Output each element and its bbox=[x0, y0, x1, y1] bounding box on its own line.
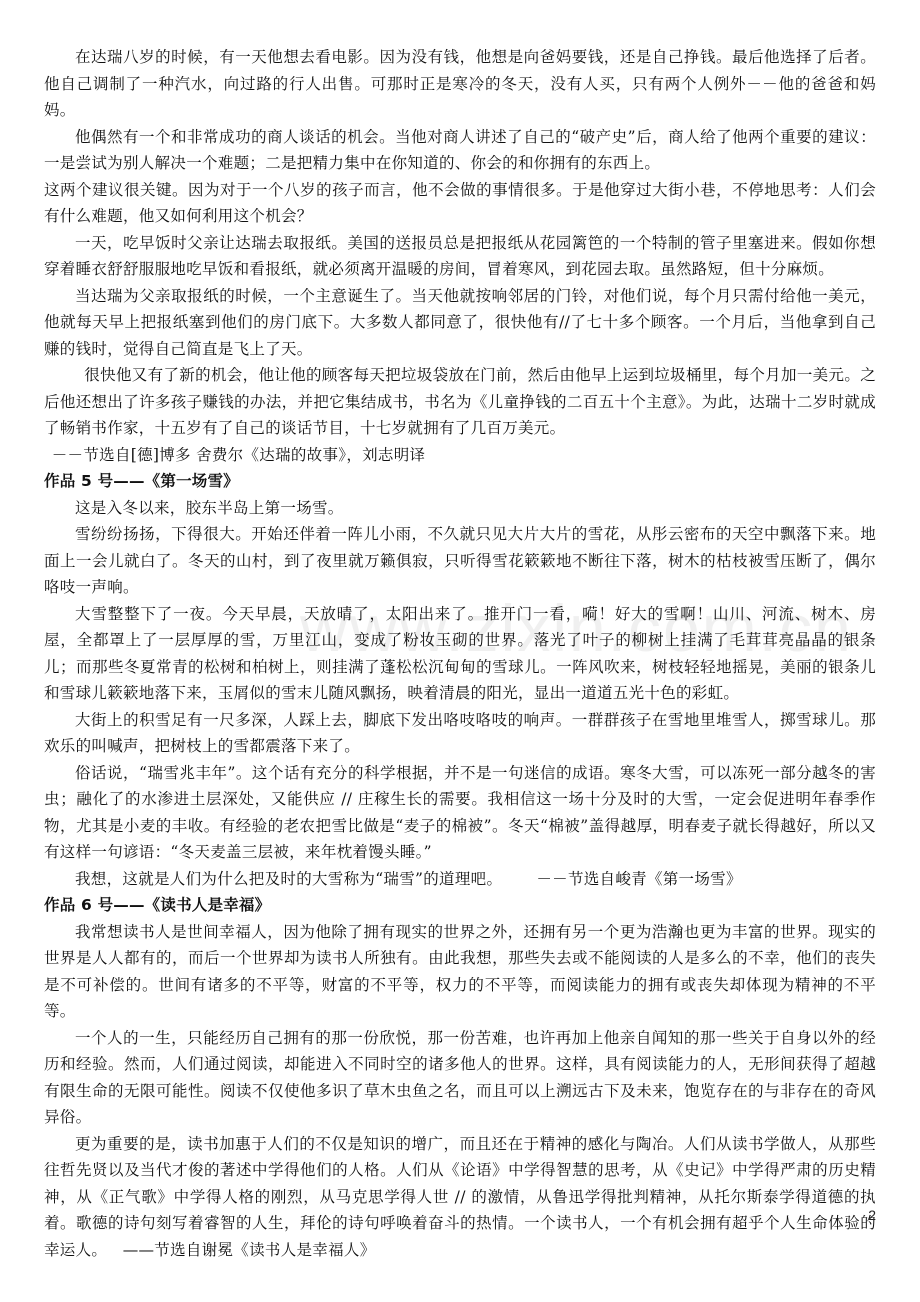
paragraph: 当达瑞为父亲取报纸的时候，一个主意诞生了。当天他就按响邻居的门铃，对他们说，每个… bbox=[44, 283, 876, 363]
paragraph: 俗话说，“瑞雪兆丰年”。这个话有充分的科学根据，并不是一句迷信的成语。寒冬大雪，… bbox=[44, 760, 876, 866]
document-page: 在达瑞八岁的时候，有一天他想去看电影。因为没有钱，他想是向爸妈要钱，还是自己挣钱… bbox=[44, 44, 876, 1263]
paragraph: 大街上的积雪足有一尺多深，人踩上去，脚底下发出咯吱咯吱的响声。一群群孩子在雪地里… bbox=[44, 707, 876, 760]
paragraph: 很快他又有了新的机会，他让他的顾客每天把垃圾袋放在门前，然后由他早上运到垃圾桶里… bbox=[44, 362, 876, 442]
paragraph: 他偶然有一个和非常成功的商人谈话的机会。当他对商人讲述了自己的“破产史”后，商人… bbox=[44, 124, 876, 177]
paragraph-text: 我想，这就是人们为什么把及时的大雪称为“瑞雪”的道理吧。 bbox=[75, 870, 502, 888]
page-number: 2 bbox=[868, 1207, 876, 1223]
story-5: 作品 5 号——《第一场雪》 这是入冬以来，胶东半岛上第一场雪。 雪纷纷扬扬，下… bbox=[44, 468, 876, 892]
paragraph: 一天，吃早饭时父亲让达瑞去取报纸。美国的送报员总是把报纸从花园篱笆的一个特制的管… bbox=[44, 230, 876, 283]
section-heading: 作品 5 号——《第一场雪》 bbox=[44, 468, 876, 495]
story-4-excerpt: 在达瑞八岁的时候，有一天他想去看电影。因为没有钱，他想是向爸妈要钱，还是自己挣钱… bbox=[44, 44, 876, 468]
paragraph: 雪纷纷扬扬，下得很大。开始还伴着一阵儿小雨，不久就只见大片大片的雪花，从彤云密布… bbox=[44, 521, 876, 601]
source-citation: ——节选自谢冕《读书人是幸福人》 bbox=[123, 1241, 376, 1259]
paragraph: 这两个建议很关键。因为对于一个八岁的孩子而言，他不会做的事情很多。于是他穿过大街… bbox=[44, 177, 876, 230]
paragraph: 一个人的一生，只能经历自己拥有的那一份欣悦，那一份苦难，也许再加上他亲自闻知的那… bbox=[44, 1025, 876, 1131]
paragraph-with-source: 我想，这就是人们为什么把及时的大雪称为“瑞雪”的道理吧。－－节选自峻青《第一场雪… bbox=[44, 866, 876, 893]
paragraph: 大雪整整下了一夜。今天早晨，天放晴了，太阳出来了。推开门一看，嗬！好大的雪啊！山… bbox=[44, 601, 876, 707]
story-6: 作品 6 号——《读书人是幸福》 我常想读书人是世间幸福人，因为他除了拥有现实的… bbox=[44, 892, 876, 1263]
source-citation: －－节选自[德]博多 舍费尔《达瑞的故事》，刘志明译 bbox=[44, 442, 876, 469]
section-heading: 作品 6 号——《读书人是幸福》 bbox=[44, 892, 876, 919]
paragraph: 这是入冬以来，胶东半岛上第一场雪。 bbox=[44, 495, 876, 522]
source-citation: －－节选自峻青《第一场雪》 bbox=[536, 870, 741, 888]
paragraph: 我常想读书人是世间幸福人，因为他除了拥有现实的世界之外，还拥有另一个更为浩瀚也更… bbox=[44, 919, 876, 1025]
paragraph: 在达瑞八岁的时候，有一天他想去看电影。因为没有钱，他想是向爸妈要钱，还是自己挣钱… bbox=[44, 44, 876, 124]
paragraph-with-source: 更为重要的是，读书加惠于人们的不仅是知识的增广，而且还在于精神的感化与陶冶。人们… bbox=[44, 1131, 876, 1264]
paragraph-text: 更为重要的是，读书加惠于人们的不仅是知识的增广，而且还在于精神的感化与陶冶。人们… bbox=[44, 1135, 876, 1259]
